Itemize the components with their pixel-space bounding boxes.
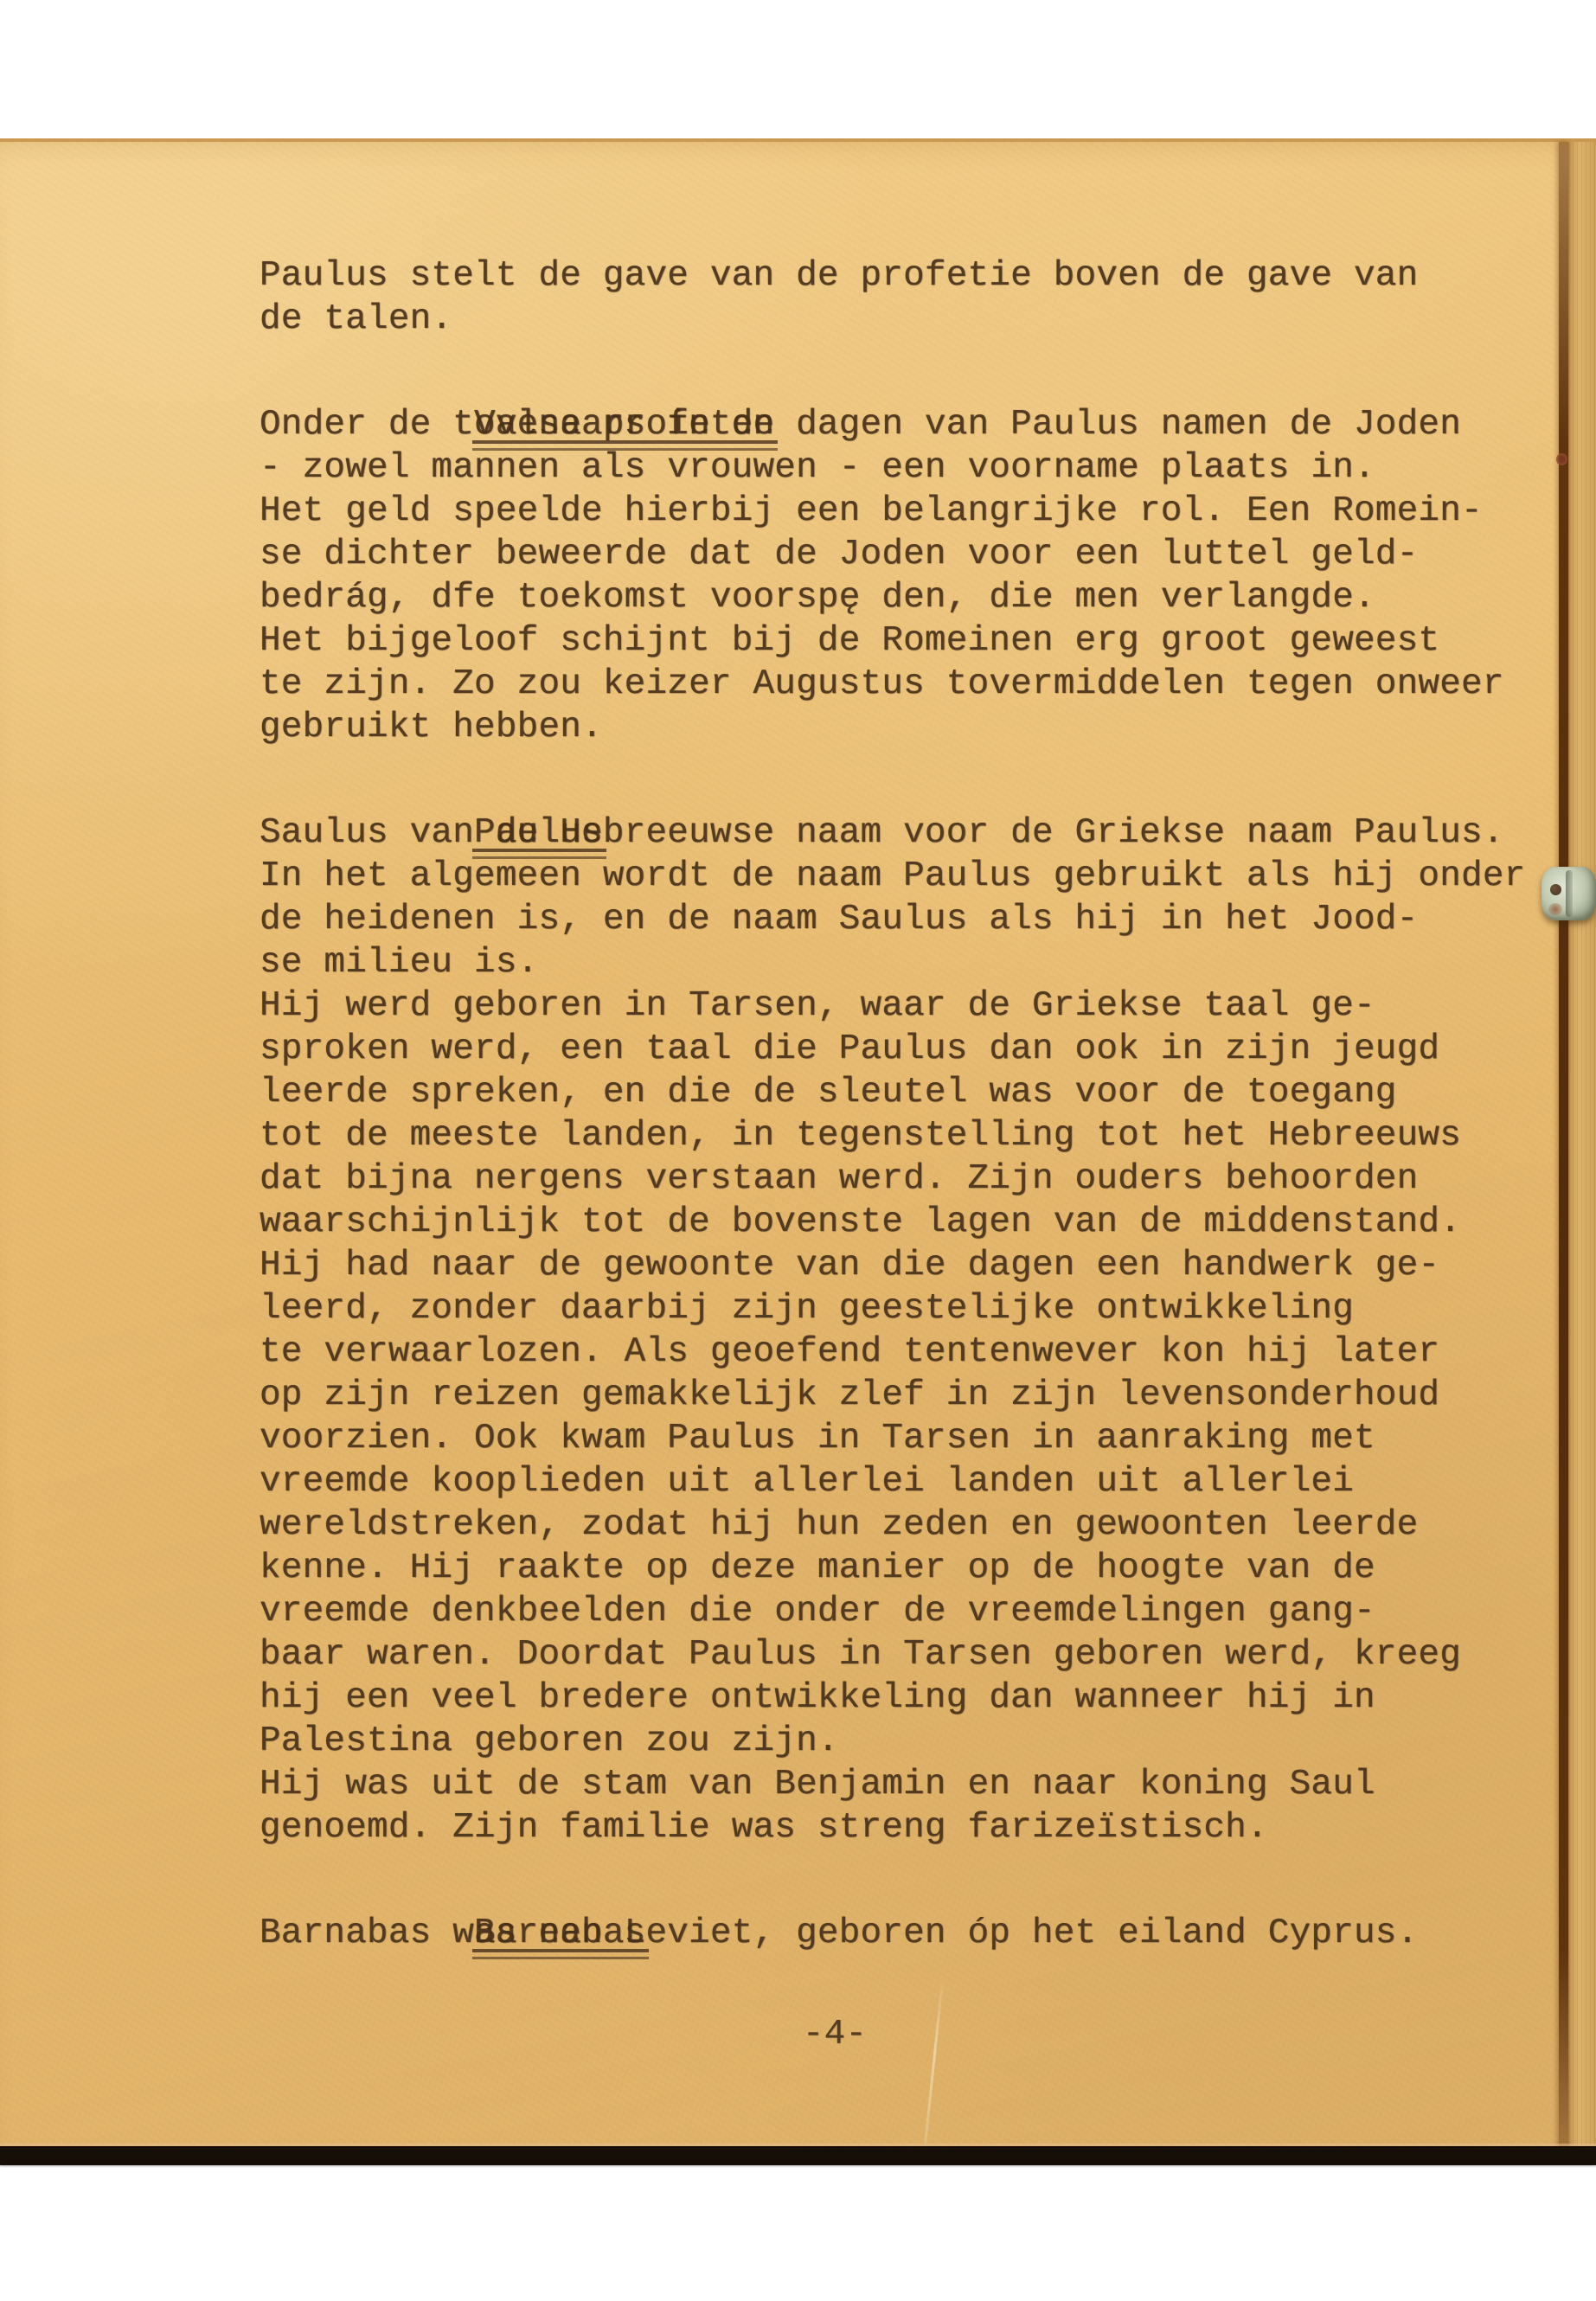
text-line: In het algemeen wordt de naam Paulus geb… bbox=[260, 855, 1522, 898]
text-line: Hij had naar de gewoonte van die dagen e… bbox=[260, 1244, 1522, 1287]
heading-row: Paulus bbox=[260, 768, 1522, 811]
text-line: vreemde denkbeelden die onder de vreemde… bbox=[260, 1590, 1522, 1633]
scan-background: Paulus stelt de gave van de profetie bov… bbox=[0, 0, 1596, 2301]
heading-row: Valse profeten bbox=[260, 360, 1522, 403]
section-paulus: Paulus Saulus van de Hebreeuwse naam voo… bbox=[260, 768, 1522, 1849]
text-line: te zijn. Zo zou keizer Augustus tovermid… bbox=[260, 663, 1522, 706]
intro-paragraph: Paulus stelt de gave van de profetie bov… bbox=[260, 254, 1522, 341]
text-line: wereldstreken, zodat hij hun zeden en ge… bbox=[260, 1503, 1522, 1547]
text-line: voorzien. Ook kwam Paulus in Tarsen in a… bbox=[260, 1417, 1522, 1460]
text-line: se milieu is. bbox=[260, 941, 1522, 984]
text-line: Saulus van de Hebreeuwse naam voor de Gr… bbox=[260, 811, 1522, 855]
text-line: Hij was uit de stam van Benjamin en naar… bbox=[260, 1763, 1522, 1806]
text-line: vreemde kooplieden uit allerlei landen u… bbox=[260, 1460, 1522, 1503]
text-line: hij een veel bredere ontwikkeling dan wa… bbox=[260, 1676, 1522, 1720]
page-bottom-edge bbox=[0, 2146, 1596, 2165]
text-line: se dichter beweerde dat de Joden voor ee… bbox=[260, 533, 1522, 576]
section-lines: Barnabas was een Leviet, geboren óp het … bbox=[260, 1912, 1522, 1955]
text-line: te verwaarlozen. Als geoefend tentenweve… bbox=[260, 1330, 1522, 1374]
section-lines: Onder de tovenaars in de dagen van Paulu… bbox=[260, 403, 1522, 749]
text-line: genoemd. Zijn familie was streng farizeï… bbox=[260, 1806, 1522, 1849]
text-line: Het bijgeloof schijnt bij de Romeinen er… bbox=[260, 619, 1522, 663]
underlying-page-edge bbox=[1568, 142, 1596, 2150]
text-line: Onder de tovenaars in de dagen van Paulu… bbox=[260, 403, 1522, 446]
text-block: Paulus stelt de gave van de profetie bov… bbox=[260, 254, 1522, 1955]
ink-dot bbox=[1556, 453, 1567, 465]
section-barnabas: Barnabas Barnabas was een Leviet, gebore… bbox=[260, 1868, 1522, 1955]
text-line: baar waren. Doordat Paulus in Tarsen geb… bbox=[260, 1633, 1522, 1676]
text-line: tot de meeste landen, in tegenstelling t… bbox=[260, 1114, 1522, 1157]
text-line: - zowel mannen als vrouwen - een voornam… bbox=[260, 446, 1522, 490]
scratch-mark bbox=[924, 1976, 945, 2148]
text-line: Paulus stelt de gave van de profetie bov… bbox=[260, 254, 1522, 298]
paper-fastener bbox=[1542, 867, 1596, 920]
page-edge-shadow bbox=[1559, 142, 1568, 2150]
text-line: kenne. Hij raakte op deze manier op de h… bbox=[260, 1547, 1522, 1590]
text-line: Het geld speelde hierbij een belangrijke… bbox=[260, 490, 1522, 533]
text-line: gebruikt hebben. bbox=[260, 706, 1522, 749]
text-line: waarschijnlijk tot de bovenste lagen van… bbox=[260, 1201, 1522, 1244]
page-number: -4- bbox=[203, 2013, 1466, 2056]
text-line: dat bijna nergens verstaan werd. Zijn ou… bbox=[260, 1157, 1522, 1201]
heading-row: Barnabas bbox=[260, 1868, 1522, 1912]
text-line: sproken werd, een taal die Paulus dan oo… bbox=[260, 1028, 1522, 1071]
section-lines: Saulus van de Hebreeuwse naam voor de Gr… bbox=[260, 811, 1522, 1849]
document-page: Paulus stelt de gave van de profetie bov… bbox=[0, 138, 1596, 2150]
text-line: Hij werd geboren in Tarsen, waar de Grie… bbox=[260, 984, 1522, 1028]
text-line: Barnabas was een Leviet, geboren óp het … bbox=[260, 1912, 1522, 1955]
text-line: bedrág, dfe toekomst voorspę den, die me… bbox=[260, 576, 1522, 619]
fastener-pin bbox=[1550, 884, 1561, 895]
text-line: de heidenen is, en de naam Saulus als hi… bbox=[260, 898, 1522, 941]
text-line: leerde spreken, en die de sleutel was vo… bbox=[260, 1071, 1522, 1114]
section-valse-profeten: Valse profeten Onder de tovenaars in de … bbox=[260, 360, 1522, 749]
text-line: Palestina geboren zou zijn. bbox=[260, 1720, 1522, 1763]
text-line: de talen. bbox=[260, 298, 1522, 341]
text-line: leerd, zonder daarbij zijn geestelijke o… bbox=[260, 1287, 1522, 1330]
text-line: op zijn reizen gemakkelijk zlef in zijn … bbox=[260, 1374, 1522, 1417]
